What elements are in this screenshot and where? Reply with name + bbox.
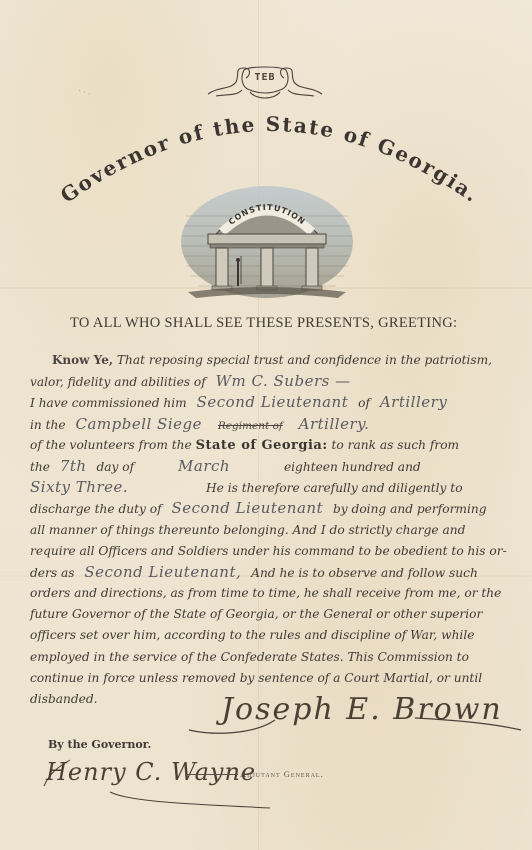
body-text-segment: eighteen hundred and xyxy=(284,460,421,474)
handwritten-rank-3: Second Lieutenant, xyxy=(84,563,241,581)
constitution-arch-icon: CONSTITUTION xyxy=(178,186,356,302)
body-line-9: all manner of things thereunto belonging… xyxy=(30,520,512,541)
body-line-14: officers set over him, according to the … xyxy=(30,625,512,646)
governor-signature: Joseph E. Brown xyxy=(185,690,525,740)
body-text-segment: in the xyxy=(30,418,66,432)
body-line-16: continue in force unless removed by sent… xyxy=(30,668,512,689)
commission-body: Know Ye, That reposing special trust and… xyxy=(30,350,512,710)
body-line-10: require all Officers and Soldiers under … xyxy=(30,541,512,562)
body-line-6: the 7th day of March eighteen hundred an… xyxy=(30,456,512,477)
body-line-2: valor, fidelity and abilities of Wm C. S… xyxy=(30,371,512,392)
handwritten-year: Sixty Three. xyxy=(30,478,128,496)
body-text-segment: of the volunteers from the xyxy=(30,438,192,452)
body-text-segment: to rank as such from xyxy=(332,438,460,452)
body-text-segment: That reposing special trust and confiden… xyxy=(117,353,492,367)
by-the-governor-label: By the Governor. xyxy=(48,738,151,751)
handwritten-branch: Artillery xyxy=(380,393,447,411)
body-text-segment: ders as xyxy=(30,566,75,580)
body-line-8: discharge the duty of Second Lieutenant … xyxy=(30,498,512,519)
handwritten-unit: Campbell Siege xyxy=(75,415,202,433)
adjutant-signature: Henry C. Wayne xyxy=(40,752,270,812)
state-of-georgia-heading: State of Georgia: xyxy=(196,438,328,453)
body-text-segment: discharge the duty of xyxy=(30,502,162,516)
body-line-15: employed in the service of the Confedera… xyxy=(30,647,512,668)
body-text-segment: day of xyxy=(96,460,134,474)
handwritten-day: 7th xyxy=(60,457,87,475)
body-line-5: of the volunteers from the State of Geor… xyxy=(30,435,512,456)
body-text-segment: the xyxy=(30,460,50,474)
body-line-12: orders and directions, as from time to t… xyxy=(30,583,512,604)
handwritten-branch-2: Artillery. xyxy=(299,415,370,433)
body-text-segment: And he is to observe and follow such xyxy=(251,566,478,580)
emblem-monogram: TEB xyxy=(200,72,330,83)
handwritten-officer-name: Wm C. Subers — xyxy=(216,372,351,390)
adjutant-general-title: Adjutant General. xyxy=(240,769,324,779)
body-line-7: Sixty Three. He is therefore carefully a… xyxy=(30,477,512,498)
body-line-11: ders as Second Lieutenant, And he is to … xyxy=(30,562,512,583)
commission-document: · · · TEB Governor of the State of Georg… xyxy=(0,0,532,850)
body-text-segment: by doing and performing xyxy=(333,502,487,516)
greeting-heading: TO ALL WHO SHALL SEE THESE PRESENTS, GRE… xyxy=(70,315,470,332)
body-line-13: future Governor of the State of Georgia,… xyxy=(30,604,512,625)
body-text-segment: valor, fidelity and abilities of xyxy=(30,375,206,389)
adjutant-signature-line xyxy=(186,774,238,775)
georgia-state-seal: CONSTITUTION xyxy=(178,186,356,302)
body-text-segment: I have commissioned him xyxy=(30,396,187,410)
body-line-4: in the Campbell Siege Regiment of Artill… xyxy=(30,414,512,435)
know-ye-lead: Know Ye, xyxy=(52,353,113,367)
governor-signature-text: Joseph E. Brown xyxy=(221,692,503,727)
body-text-segment: He is therefore carefully and diligently… xyxy=(206,481,463,495)
body-line-3: I have commissioned him Second Lieutenan… xyxy=(30,392,512,413)
body-line-1: Know Ye, That reposing special trust and… xyxy=(30,350,512,371)
handwritten-rank: Second Lieutenant xyxy=(197,393,349,411)
adjutant-signature-text: Henry C. Wayne xyxy=(46,758,256,786)
handwritten-rank-2: Second Lieutenant xyxy=(171,499,323,517)
struck-regiment-text: Regiment of xyxy=(218,420,283,432)
handwritten-month: March xyxy=(178,457,230,475)
body-text-segment: of xyxy=(358,396,370,410)
